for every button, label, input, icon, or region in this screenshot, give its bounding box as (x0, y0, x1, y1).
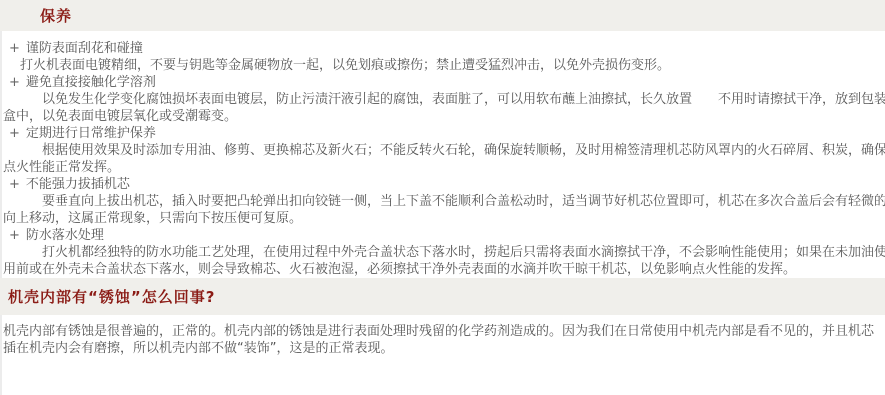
rust-text: 插在机壳内会有磨擦，所以机壳内部不做“装饰”，这是的正常表现。 (2, 340, 885, 357)
maintenance-item-text: 打火机都经独特的防水功能工艺处理，在使用过程中外壳合盖状态下落水时，捞起后只需将… (2, 244, 885, 261)
maintenance-content: +谨防表面刮花和碰撞 打火机表面电镀精细，不要与钥匙等金属硬物放一起，以免划痕或… (0, 31, 885, 278)
maintenance-item-title: 不能强力拔插机芯 (26, 177, 130, 192)
maintenance-item-text: 打火机表面电镀精细，不要与钥匙等金属硬物放一起，以免划痕或擦伤；禁止遭受猛烈冲击… (2, 57, 885, 74)
maintenance-item-title: 避免直接接触化学溶剂 (26, 75, 156, 90)
maintenance-item-title-row: +定期进行日常维护保养 (2, 125, 885, 142)
maintenance-item-title-row: +不能强力拔插机芯 (2, 176, 885, 193)
page: 保养 +谨防表面刮花和碰撞 打火机表面电镀精细，不要与钥匙等金属硬物放一起，以免… (0, 0, 885, 395)
rust-heading: 机壳内部有“锈蚀”怎么回事? (0, 286, 215, 307)
maintenance-item-title-row: +谨防表面刮花和碰撞 (2, 40, 885, 57)
section-header-rust: 机壳内部有“锈蚀”怎么回事? (0, 278, 885, 315)
plus-bullet-icon: + (9, 176, 20, 193)
maintenance-item-text: 点火性能正常发挥。 (2, 159, 885, 176)
maintenance-item-title: 谨防表面刮花和碰撞 (26, 41, 143, 56)
maintenance-heading: 保养 (0, 5, 72, 26)
plus-bullet-icon: + (9, 40, 20, 57)
plus-bullet-icon: + (9, 227, 20, 244)
maintenance-item-text: 向上移动，这属正常现象，只需向下按压便可复原。 (2, 210, 885, 227)
maintenance-item-text: 根据使用效果及时添加专用油、修剪、更换棉芯及新火石；不能反转火石轮，确保旋转顺畅… (2, 142, 885, 159)
rust-text: 机壳内部有锈蚀是很普遍的，正常的。机壳内部的锈蚀是进行表面处理时残留的化学药剂造… (2, 323, 885, 340)
maintenance-item-title-row: +避免直接接触化学溶剂 (2, 74, 885, 91)
maintenance-item-title-row: +防水落水处理 (2, 227, 885, 244)
plus-bullet-icon: + (9, 74, 20, 91)
plus-bullet-icon: + (9, 125, 20, 142)
maintenance-item-title: 定期进行日常维护保养 (26, 126, 156, 141)
maintenance-item-text: 以免发生化学变化腐蚀损坏表面电镀层，防止污渍汗液引起的腐蚀，表面脏了，可以用软布… (2, 91, 885, 108)
section-header-maintenance: 保养 (0, 0, 885, 31)
maintenance-item-text: 要垂直向上拔出机芯，插入时要把凸轮弹出扣向铰链一侧，当上下盖不能顺利合盖松动时，… (2, 193, 885, 210)
maintenance-item-text: 盒中，以免表面电镀层氧化或受潮霉变。 (2, 108, 885, 125)
maintenance-item-text: 用前或在外壳未合盖状态下落水，则会导致棉芯、火石被泡湿，必须擦拭干净外壳表面的水… (2, 261, 885, 278)
rust-content: 机壳内部有锈蚀是很普遍的，正常的。机壳内部的锈蚀是进行表面处理时残留的化学药剂造… (0, 315, 885, 395)
maintenance-item-title: 防水落水处理 (26, 228, 104, 243)
